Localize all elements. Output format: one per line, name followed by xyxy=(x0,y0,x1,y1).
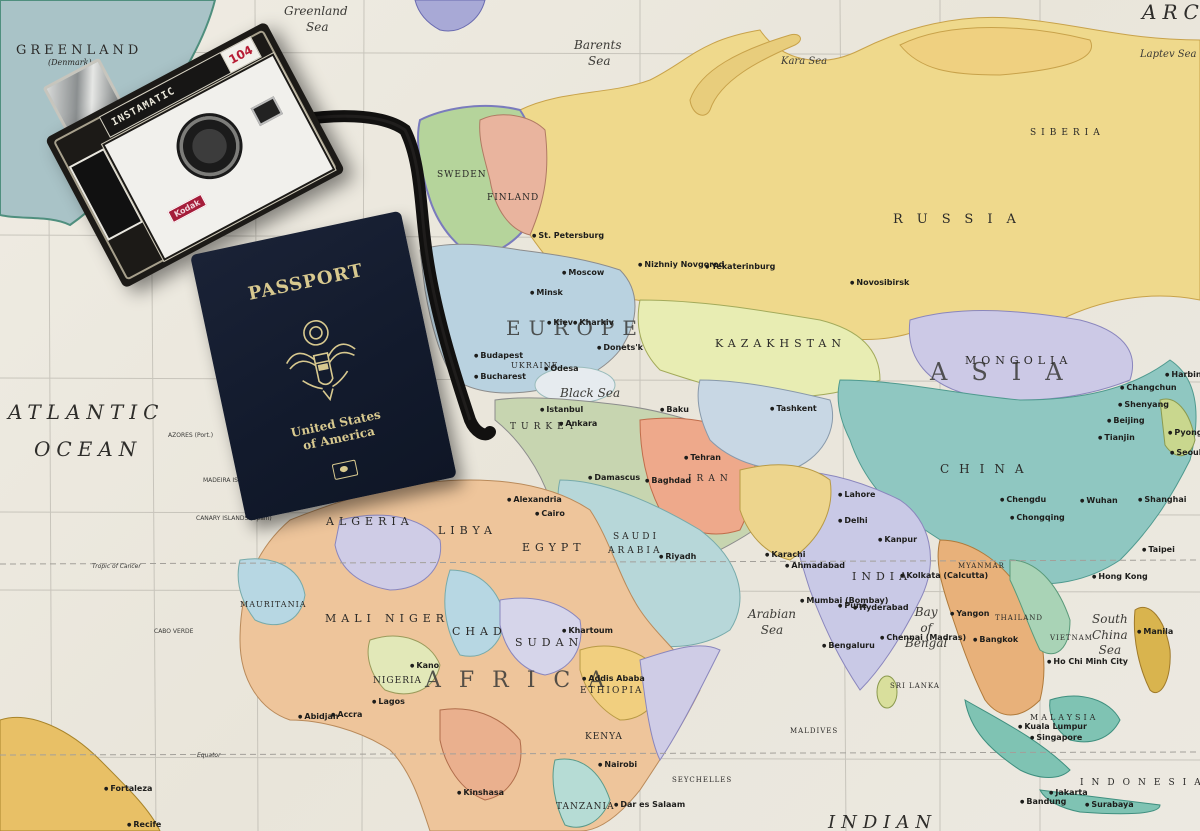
city-alexandria: Alexandria xyxy=(507,495,562,504)
label-siberia: SIBERIA xyxy=(1030,128,1105,138)
label-barents-2: Sea xyxy=(588,54,610,70)
label-atlantic: ATLANTIC xyxy=(8,400,164,424)
city-kinshasa: Kinshasa xyxy=(457,788,504,797)
city-shenyang: Shenyang xyxy=(1118,400,1169,409)
label-sri-lanka: SRI LANKA xyxy=(890,682,940,690)
label-arabia: ARABIA xyxy=(608,546,662,556)
city-bengaluru: Bengaluru xyxy=(822,641,875,650)
city-pyongyang: Pyongyang xyxy=(1168,428,1200,437)
city-bandung: Bandung xyxy=(1020,797,1066,806)
city-dar-es-salaam: Dar es Salaam xyxy=(614,800,685,809)
city-chengdu: Chengdu xyxy=(1000,495,1046,504)
city-bucharest: Bucharest xyxy=(474,372,526,381)
label-azores: AZORES (Port.) xyxy=(168,432,213,439)
city-chennai: Chennai (Madras) xyxy=(880,633,966,642)
label-vietnam: VIETNAM xyxy=(1050,634,1093,642)
label-niger: NIGER xyxy=(385,612,449,625)
map-photo-scene: GREENLAND (Denmark) Greenland Sea Barent… xyxy=(0,0,1200,831)
passport-title: PASSPORT xyxy=(198,250,413,315)
label-tanzania: TANZANIA xyxy=(556,802,615,812)
city-kuala-lumpur: Kuala Lumpur xyxy=(1018,722,1087,731)
city-tashkent: Tashkent xyxy=(770,404,817,413)
city-kanpur: Kanpur xyxy=(878,535,917,544)
city-chongqing: Chongqing xyxy=(1010,513,1065,522)
city-addis-ababa: Addis Ababa xyxy=(582,674,645,683)
city-yekaterinburg: Yekaterinburg xyxy=(705,262,775,271)
city-harbin: Harbin xyxy=(1165,370,1200,379)
city-singapore: Singapore xyxy=(1030,733,1082,742)
label-libya: LIBYA xyxy=(438,524,497,537)
label-equator: Equator xyxy=(197,752,221,759)
biometric-chip-icon xyxy=(332,459,359,480)
city-khartoum: Khartoum xyxy=(562,626,613,635)
great-seal-eagle-icon xyxy=(268,306,375,413)
label-laptev-sea: Laptev Sea xyxy=(1140,48,1197,61)
label-bay-of-bengal: Bay of Bengal xyxy=(905,605,947,652)
city-minsk: Minsk xyxy=(530,288,563,297)
city-lahore: Lahore xyxy=(838,490,875,499)
label-egypt: EGYPT xyxy=(522,541,586,554)
label-indian: INDIAN xyxy=(828,812,937,831)
city-taipei: Taipei xyxy=(1142,545,1175,554)
label-barents: Barents xyxy=(574,38,622,54)
city-tianjin: Tianjin xyxy=(1098,433,1135,442)
label-myanmar: MYANMAR xyxy=(958,562,1005,570)
label-arabian-sea: Arabian Sea xyxy=(748,607,796,638)
city-ahmadabad: Ahmadabad xyxy=(785,561,845,570)
label-mali: MALI xyxy=(325,612,376,625)
label-mongolia: MONGOLIA xyxy=(965,354,1072,367)
city-moscow: Moscow xyxy=(562,268,604,277)
label-malaysia: MALAYSIA xyxy=(1030,713,1098,722)
label-russia: RUSSIA xyxy=(893,212,1030,227)
label-sudan: SUDAN xyxy=(515,636,583,649)
city-damascus: Damascus xyxy=(588,473,640,482)
label-ethiopia: ETHIOPIA xyxy=(580,686,643,696)
city-riyadh: Riyadh xyxy=(659,552,696,561)
city-donetsk: Donets'k xyxy=(597,343,643,352)
city-baku: Baku xyxy=(660,405,689,414)
city-ho-chi-minh: Ho Chi Minh City xyxy=(1047,657,1128,666)
city-cairo: Cairo xyxy=(535,509,565,518)
label-kenya: KENYA xyxy=(585,732,623,742)
label-arctic: ARCTIC xyxy=(1142,0,1200,24)
city-hyderabad: Hyderabad xyxy=(853,603,909,612)
city-jakarta: Jakarta xyxy=(1049,788,1088,797)
city-surabaya: Surabaya xyxy=(1085,800,1134,809)
city-yangon: Yangon xyxy=(950,609,989,618)
city-novosibirsk: Novosibirsk xyxy=(850,278,909,287)
label-finland: FINLAND xyxy=(487,193,539,203)
city-bangkok: Bangkok xyxy=(973,635,1018,644)
city-ankara: Ankara xyxy=(559,419,597,428)
label-iran: IRAN xyxy=(688,474,733,484)
city-shanghai: Shanghai xyxy=(1138,495,1187,504)
city-istanbul: Istanbul xyxy=(540,405,583,414)
label-tropic-of-cancer: Tropic of Cancer xyxy=(92,563,141,570)
label-nigeria: NIGERIA xyxy=(373,676,422,686)
city-recife: Recife xyxy=(127,820,161,829)
city-hong-kong: Hong Kong xyxy=(1092,572,1148,581)
label-saudi: SAUDI xyxy=(613,532,659,542)
city-kharkiv: Kharkiv xyxy=(573,318,614,327)
city-wuhan: Wuhan xyxy=(1080,496,1118,505)
city-tehran: Tehran xyxy=(684,453,721,462)
label-kara-sea: Kara Sea xyxy=(781,55,827,68)
label-seychelles: SEYCHELLES xyxy=(672,776,732,784)
label-ocean: OCEAN xyxy=(34,437,142,461)
city-baghdad: Baghdad xyxy=(645,476,691,485)
city-budapest: Budapest xyxy=(474,351,523,360)
city-changchun: Changchun xyxy=(1120,383,1177,392)
label-south-china-sea: South China Sea xyxy=(1092,612,1128,659)
city-beijing: Beijing xyxy=(1107,416,1145,425)
label-algeria: ALGERIA xyxy=(326,515,414,528)
city-fortaleza: Fortaleza xyxy=(104,784,152,793)
label-greenland-sea-2: Sea xyxy=(306,20,328,36)
label-chad: CHAD xyxy=(452,625,507,638)
label-mauritania: MAURITANIA xyxy=(240,600,307,609)
city-seoul: Seoul xyxy=(1170,448,1200,457)
city-nairobi: Nairobi xyxy=(598,760,637,769)
city-kolkata: Kolkata (Calcutta) xyxy=(900,571,988,580)
label-china: CHINA xyxy=(940,462,1034,476)
label-greenland-sea: Greenland xyxy=(284,4,348,20)
city-delhi: Delhi xyxy=(838,516,868,525)
city-lagos: Lagos xyxy=(372,697,405,706)
city-manila: Manila xyxy=(1137,627,1173,636)
passport-country: United States of America xyxy=(229,395,446,469)
label-black-sea: Black Sea xyxy=(560,386,620,402)
label-greenland: GREENLAND xyxy=(16,43,142,58)
label-cabo-verde: CABO VERDE xyxy=(154,628,193,635)
city-karachi: Karachi xyxy=(765,550,806,559)
label-kazakhstan: KAZAKHSTAN xyxy=(715,337,846,350)
label-indonesia: INDONESIA xyxy=(1080,778,1200,788)
city-odesa: Odesa xyxy=(544,364,579,373)
city-st-petersburg: St. Petersburg xyxy=(532,231,604,240)
label-maldives: MALDIVES xyxy=(790,727,838,735)
city-kano: Kano xyxy=(410,661,439,670)
city-abidjan: Abidjan xyxy=(298,712,339,721)
city-kiev: Kiev xyxy=(547,318,573,327)
label-thailand: THAILAND xyxy=(995,614,1043,622)
label-sweden: SWEDEN xyxy=(437,170,487,180)
